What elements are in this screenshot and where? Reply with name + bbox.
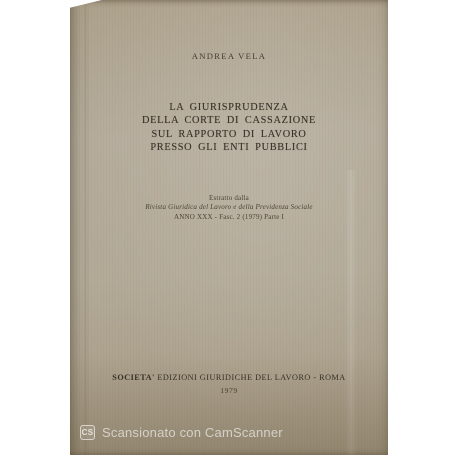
- title-line: DELLA CORTE DI CASSAZIONE: [70, 114, 388, 127]
- camscanner-icon: CS: [80, 425, 95, 440]
- issue-info: ANNO XXX - Fasc. 2 (1979) Parte I: [70, 213, 388, 222]
- title-line: SUL RAPPORTO DI LAVORO: [70, 128, 388, 141]
- author-name: ANDREA VELA: [70, 51, 388, 61]
- book-cover-page: ANDREA VELA LA GIURISPRUDENZA DELLA CORT…: [70, 0, 388, 455]
- publisher-line: SOCIETA' EDIZIONI GIURIDICHE DEL LAVORO …: [70, 373, 388, 382]
- extract-intro: Estratto dalla: [70, 194, 388, 203]
- scanned-page-background: ANDREA VELA LA GIURISPRUDENZA DELLA CORT…: [0, 0, 455, 455]
- extract-note: Estratto dalla Rivista Giuridica del Lav…: [70, 194, 388, 222]
- publisher-name-emphasis: SOCIETA': [112, 373, 155, 382]
- camscanner-watermark: CS Scansionato con CamScanner: [80, 425, 283, 440]
- book-title: LA GIURISPRUDENZA DELLA CORTE DI CASSAZI…: [70, 101, 388, 155]
- title-line: LA GIURISPRUDENZA: [70, 101, 388, 114]
- publication-year: 1979: [70, 386, 388, 395]
- title-line: PRESSO GLI ENTI PUBBLICI: [70, 141, 388, 154]
- journal-name: Rivista Giuridica del Lavoro e della Pre…: [70, 203, 388, 212]
- watermark-text: Scansionato con CamScanner: [102, 425, 283, 440]
- publisher-name-rest: EDIZIONI GIURIDICHE DEL LAVORO - ROMA: [155, 373, 346, 382]
